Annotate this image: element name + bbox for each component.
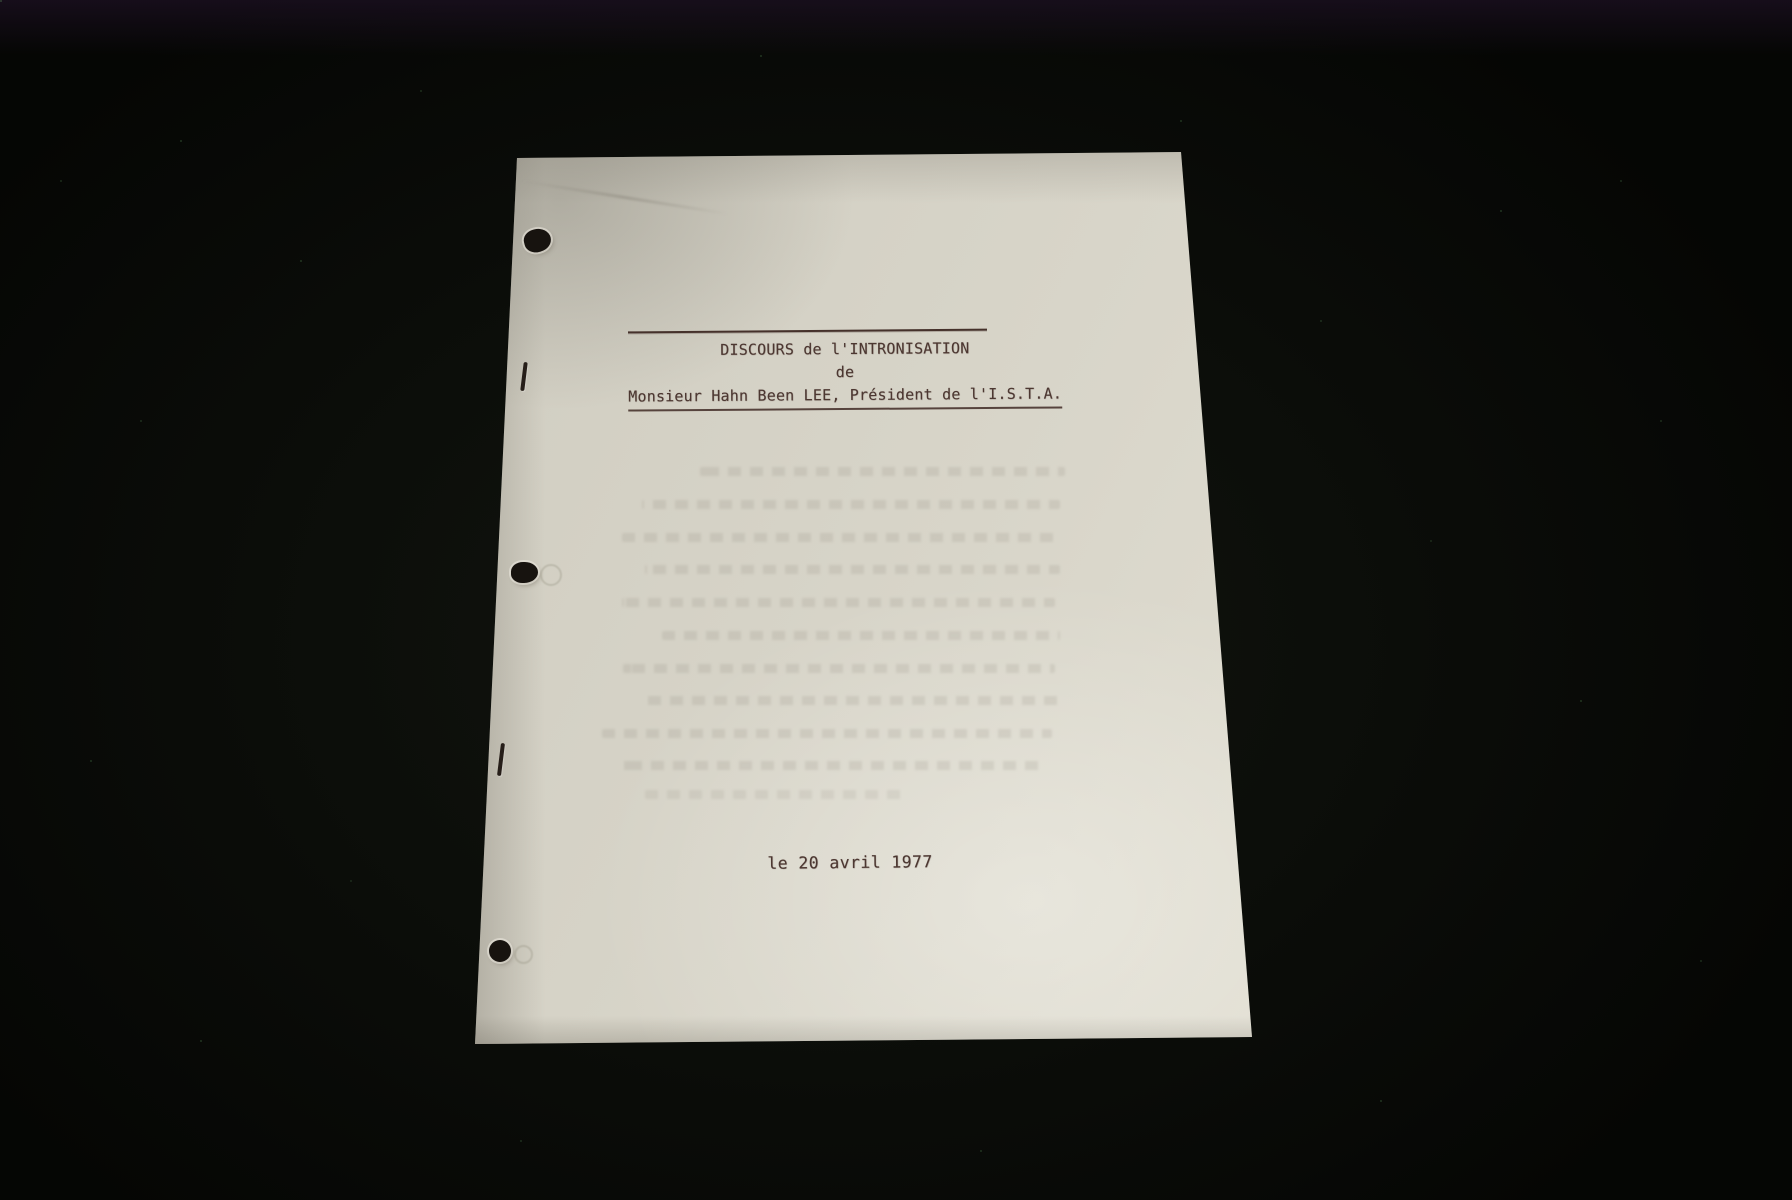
bleedthrough-text-ghost <box>645 790 905 799</box>
bleedthrough-text-ghost <box>623 664 1055 673</box>
bleedthrough-text-ghost <box>622 533 1055 542</box>
bleedthrough-text-ghost <box>622 598 1055 607</box>
document-author-underlined: Monsieur Hahn Been LEE, Président de l'I… <box>628 382 1062 411</box>
paper-sheet: DISCOURS de l'INTRONISATION de Monsieur … <box>0 0 1792 1200</box>
bleedthrough-text-ghost <box>645 696 1060 705</box>
title-block: DISCOURS de l'INTRONISATION de Monsieur … <box>560 336 1130 412</box>
document-date: le 20 avril 1977 <box>760 852 940 873</box>
bleedthrough-text-ghost <box>700 467 1065 476</box>
bleedthrough-text-ghost <box>622 761 1045 770</box>
punch-hole-bottom-ring <box>514 945 533 964</box>
bleedthrough-text-ghost <box>645 565 1060 574</box>
punch-hole-middle-ring <box>540 564 562 586</box>
bleedthrough-text-ghost <box>662 631 1060 640</box>
punch-hole-bottom <box>489 940 511 962</box>
document-author-line: Monsieur Hahn Been LEE, Président de l'I… <box>560 382 1130 412</box>
dust-speckles <box>0 0 2 2</box>
photo-scene: DISCOURS de l'INTRONISATION de Monsieur … <box>0 0 1792 1200</box>
bleedthrough-text-ghost <box>642 500 1060 509</box>
bleedthrough-text-ghost <box>602 729 1052 738</box>
